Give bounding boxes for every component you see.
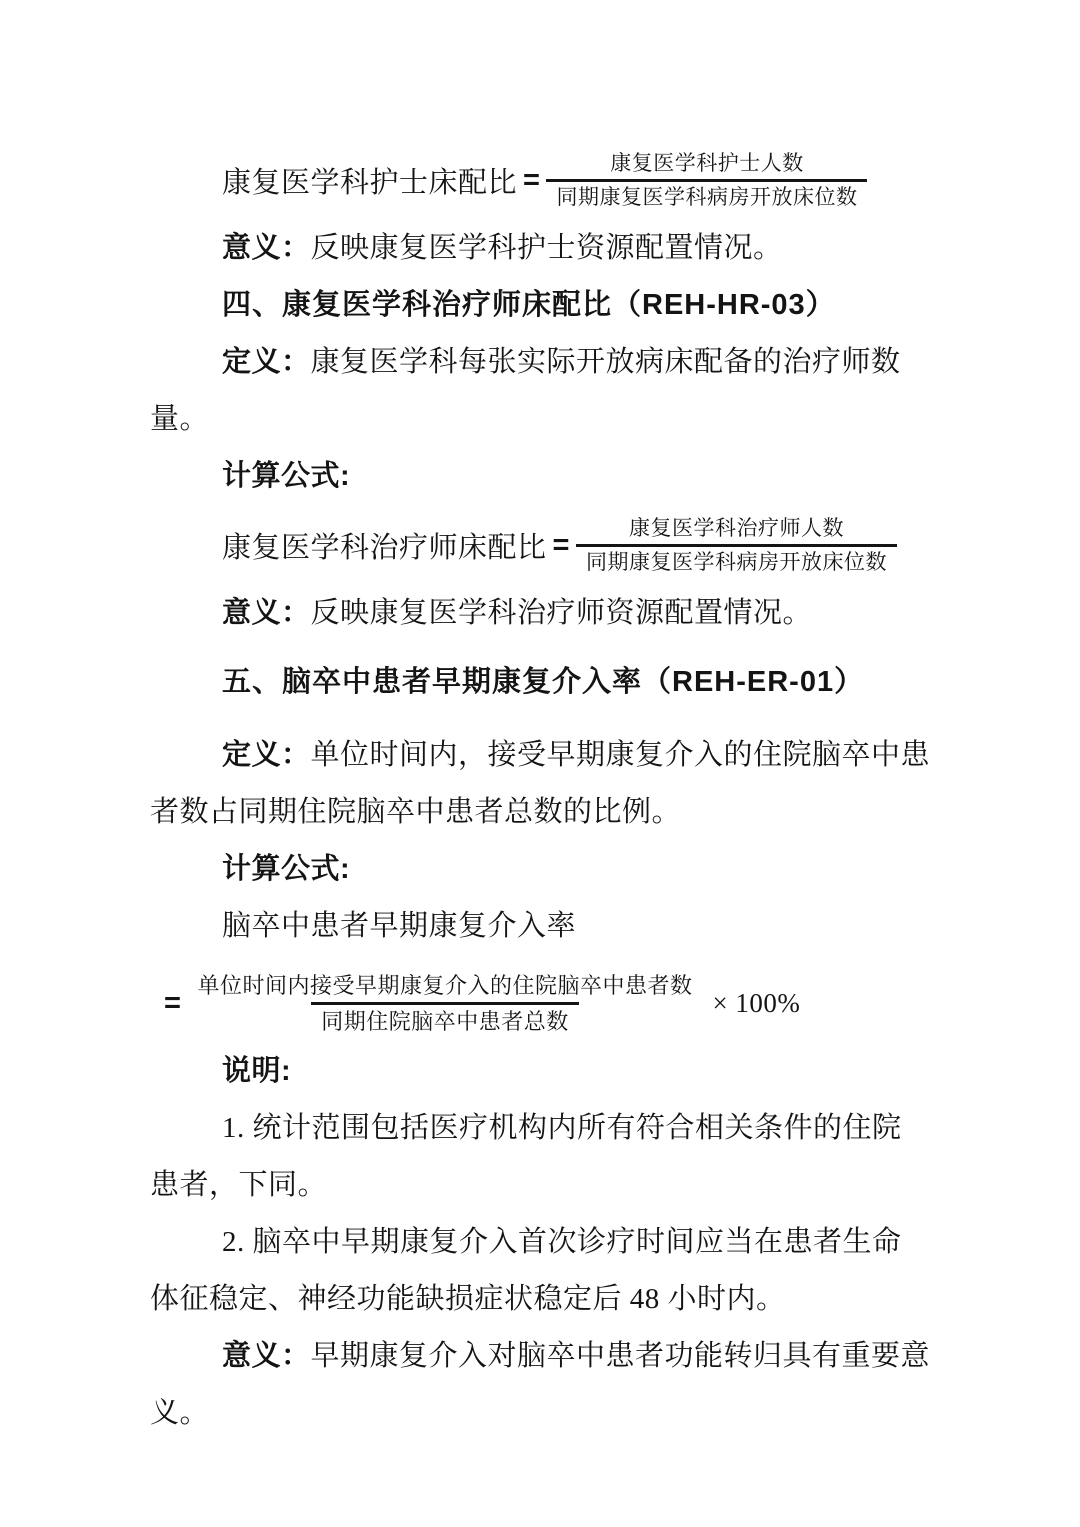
formula-lhs: 康复医学科护士床配比	[222, 160, 517, 201]
fraction-numerator: 康复医学科治疗师人数	[619, 513, 854, 544]
definition-label: 定义：	[222, 346, 311, 378]
meaning-paragraph-stroke: 意义：早期康复介入对脑卒中患者功能转归具有重要意 义。	[150, 1328, 935, 1442]
formula-therapist-bed-ratio: 康复医学科治疗师床配比 = 康复医学科治疗师人数 同期康复医学科病房开放床位数	[150, 505, 935, 585]
fraction-numerator: 康复医学科护士人数	[600, 148, 814, 179]
fraction-numerator: 单位时间内接受早期康复介入的住院脑卒中患者数	[187, 969, 702, 1002]
definition-text: 单位时间内，接受早期康复介入的住院脑卒中患	[311, 739, 931, 771]
fraction-denominator: 同期康复医学科病房开放床位数	[546, 179, 867, 213]
formula-lhs: 康复医学科治疗师床配比	[222, 525, 547, 566]
meaning-label: 意义：	[222, 597, 311, 629]
note-1-line-1: 1. 统计范围包括医疗机构内所有符合相关条件的住院	[150, 1100, 935, 1157]
formula-nurse-bed-ratio: 康复医学科护士床配比 = 康复医学科护士人数 同期康复医学科病房开放床位数	[150, 140, 935, 220]
notes-label: 说明:	[150, 1043, 935, 1100]
definition-paragraph-therapist: 定义：康复医学科每张实际开放病床配备的治疗师数量。	[150, 334, 935, 448]
meaning-label: 意义：	[222, 1340, 311, 1372]
meaning-label: 意义：	[222, 232, 311, 264]
note-1-line-2: 患者，下同。	[150, 1157, 935, 1214]
formula-name-stroke: 脑卒中患者早期康复介入率	[150, 898, 935, 955]
formula-label-therapist: 计算公式:	[150, 448, 935, 505]
definition-line-2: 者数占同期住院脑卒中患者总数的比例。	[150, 784, 935, 841]
formula-label-stroke: 计算公式:	[150, 841, 935, 898]
meaning-line-2: 义。	[150, 1385, 935, 1442]
meaning-paragraph-nurse: 意义：反映康复医学科护士资源配置情况。	[150, 220, 935, 277]
equals-sign: =	[517, 164, 546, 197]
equals-sign: =	[158, 987, 187, 1020]
formula-stroke-early-rehab-rate: = 单位时间内接受早期康复介入的住院脑卒中患者数 同期住院脑卒中患者总数 × 1…	[150, 963, 935, 1043]
section-heading-5: 五、脑卒中患者早期康复介入率（REH-ER-01）	[150, 654, 935, 711]
equals-sign: =	[547, 529, 576, 562]
fraction: 康复医学科治疗师人数 同期康复医学科病房开放床位数	[576, 513, 897, 578]
definition-label: 定义：	[222, 739, 311, 771]
definition-paragraph-stroke: 定义：单位时间内，接受早期康复介入的住院脑卒中患 者数占同期住院脑卒中患者总数的…	[150, 727, 935, 841]
fraction: 单位时间内接受早期康复介入的住院脑卒中患者数 同期住院脑卒中患者总数	[187, 969, 702, 1038]
document-page: 康复医学科护士床配比 = 康复医学科护士人数 同期康复医学科病房开放床位数 意义…	[0, 0, 1080, 1527]
meaning-text: 反映康复医学科护士资源配置情况。	[311, 232, 783, 264]
note-1: 1. 统计范围包括医疗机构内所有符合相关条件的住院 患者，下同。	[150, 1100, 935, 1214]
meaning-text: 反映康复医学科治疗师资源配置情况。	[311, 597, 813, 629]
fraction-denominator: 同期康复医学科病房开放床位数	[576, 544, 897, 578]
note-2: 2. 脑卒中早期康复介入首次诊疗时间应当在患者生命 体征稳定、神经功能缺损症状稳…	[150, 1214, 935, 1328]
fraction: 康复医学科护士人数 同期康复医学科病房开放床位数	[546, 148, 867, 213]
multiplier: × 100%	[702, 988, 800, 1019]
fraction-denominator: 同期住院脑卒中患者总数	[311, 1002, 579, 1038]
section-heading-4: 四、康复医学科治疗师床配比（REH-HR-03）	[150, 277, 935, 334]
meaning-paragraph-therapist: 意义：反映康复医学科治疗师资源配置情况。	[150, 585, 935, 642]
meaning-line-1: 意义：早期康复介入对脑卒中患者功能转归具有重要意	[150, 1328, 935, 1385]
note-2-line-1: 2. 脑卒中早期康复介入首次诊疗时间应当在患者生命	[150, 1214, 935, 1271]
note-2-line-2: 体征稳定、神经功能缺损症状稳定后 48 小时内。	[150, 1271, 935, 1328]
definition-line-1: 定义：单位时间内，接受早期康复介入的住院脑卒中患	[150, 727, 935, 784]
meaning-text: 早期康复介入对脑卒中患者功能转归具有重要意	[311, 1340, 931, 1372]
